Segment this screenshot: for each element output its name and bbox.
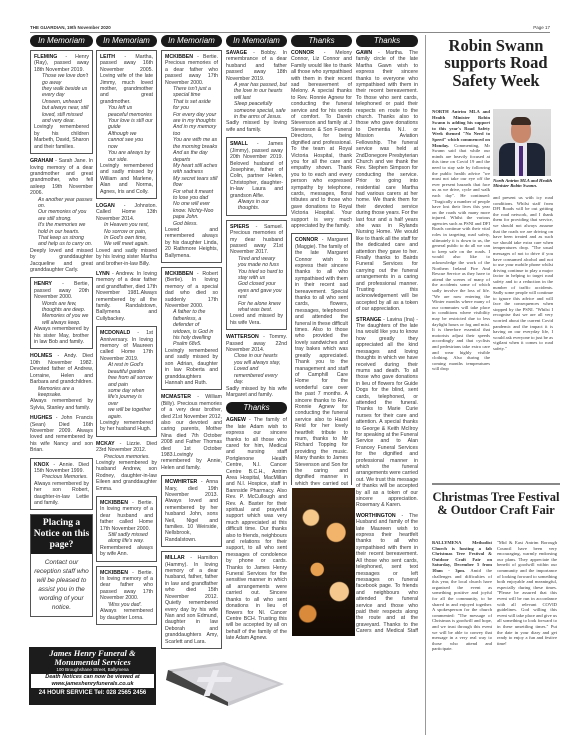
robin-swann-photo [493,109,551,176]
notice-verse-line: free from all sorrow and pain [100,375,153,388]
notice-mcmaster: MCMASTER - William (Billy). Precious mem… [161,394,222,471]
story-divider [432,483,560,485]
notice-verse-line: Loved and remembered every day. [226,366,287,385]
notice-verse-line: Tired and weary you made no fuss [230,256,283,269]
notice-name: MCKAY [96,441,115,447]
notice-tail: Lovingly remembered by his children Marb… [34,124,89,149]
notice-verse-line: they walk beside us every day [34,86,89,99]
notice-name: GRAHAM [30,158,53,164]
placing-notice-box: Placing a Notice on this page? Contact o… [30,514,93,617]
notice-verse-line: Our memories of you are still strong. [30,209,93,222]
notice-verse-line: In Heaven you rest, [96,222,157,228]
bible-cross-icon [162,662,286,707]
story2-body-right: "Mid & East Antrim Borough Council have … [497,540,557,646]
notice-tail: Always remembered by her son Robert, dau… [34,481,89,506]
story2-right-column: "Mid & East Antrim Borough Council have … [497,540,557,730]
notice-name: MCKIBBEN [100,500,128,506]
notice-leith: LEITH - Martha, passed away 16th Novembe… [96,50,157,199]
column-in-memoriam-2: In Memoriam LEITH - Martha, passed away … [96,35,157,645]
notice-name: MCKIBBEN [165,271,193,277]
notice-name: LOGAN [96,203,115,209]
notice-name: MCDONALD [100,330,130,336]
notice-name: CONNOR [295,237,318,243]
column-in-memoriam-3: In Memoriam MCKIBBEN - Bertie. Precious … [161,35,222,660]
story-body-right: and present us with icy road conditions.… [493,195,553,351]
notice-verse-line: You are always by our side. [100,150,153,163]
notice-name: CONNOR [291,50,314,56]
advert-title: James Henry Funeral & Monumental Service… [29,647,156,667]
notice-connor: CONNOR - Margaret (Maggie). The family o… [291,233,352,485]
notice-verse-line: At rest in God's beautiful garden [100,362,153,375]
notice-text: - Hamilton (Hammy). In loving memory of … [165,555,218,644]
notice-verse-line: A father to the fatherless, a defender o… [165,309,218,347]
notice-verse-line: Words are few, thoughts are deep. [34,301,89,314]
notice-tail: Always remembered by Sylvia, Stanley and… [30,398,93,410]
notice-name: SAVAGE [226,50,247,56]
story-christmas-fair: Christmas Tree Festival & Outdoor Craft … [432,491,560,517]
notice-connor: CONNOR - Melony Connor, Liz Connor and F… [291,50,352,229]
notice-name: STRANGE [356,317,381,323]
notice-verse-line: Memories are a keepsake. [30,386,93,399]
notice-verse-line: A year has passed, but the love in our h… [226,82,287,101]
notice-strange: STRANGE - Lavina (Ina) - The daughters o… [356,317,418,509]
notice-mckibben: MCKIBBEN - Bertie. In loving memory of a… [96,566,157,625]
story-right-column: and present us with icy road conditions.… [493,195,553,481]
notice-name: HUGHES [30,415,52,421]
notice-watterson: WATTERSON - Tommy. Passed away 22nd Nove… [226,334,287,398]
page-number: Page 17 [533,25,550,30]
notice-holmes: HOLMES - Andy. Died 10th November 1982. … [30,353,93,411]
notice-verse-line: No one will ever know. Nichty-Noo papa J… [165,201,218,220]
notice-text: - Melony Connor, Liz Connor and Family w… [291,50,352,229]
placing-notice-body: Contact our reception staff who will be … [31,554,92,616]
notice-tail: Sadly missed by loving wife and family. [226,120,287,132]
notice-name: MCMASTER [161,394,191,400]
notice-text: - James (Jimmy), passed away 20th Novemb… [230,141,283,198]
notice-logan: LOGAN - Johnston. Called Home 13th Novem… [96,203,157,267]
section-header: In Memoriam [30,35,93,47]
notice-knox: KNOX - Annie. Died 15th November 1999.Pr… [30,458,93,511]
notice-verse-line: My secret tears still flow [165,176,218,189]
candles-photo [292,488,355,636]
story2-left-column: BALLYMENA Methodist Church is hosting a … [432,540,492,730]
notice-name: KNOX [34,462,49,468]
notice-verse-line: Your love is still our guide [100,118,153,131]
notice-text: - William (Billy). Precious memories of … [161,394,222,458]
notice-mckibben: MCKIBBEN - Bertie. Precious memories of … [161,50,222,263]
notice-mckay: MCKAY - Lizzie. Died 23rd November 2012.… [96,441,157,492]
story-robin-swann: Robin Swann supports Road Safety Week [432,37,560,89]
notice-verse-line: You are with me as the morning breaks [165,137,218,150]
section-header: In Memoriam [226,35,287,47]
notice-gawn: GAWN - Martha. The family circle of the … [356,50,418,313]
column-rule [425,35,426,735]
notice-text: - Lavina (Ina) - The daughters of the la… [356,317,418,509]
notice-tail: Lovingly remembered by husband Andrew, s… [96,460,157,492]
column-thanks-2: Thanks GAWN - Martha. The family circle … [356,35,418,635]
notice-verse-line: As another year passes on. [30,197,93,210]
notice-tail: Loved and missed by his wife Vera. [230,313,283,325]
notice-tail: Lovingly remembered and sadly missed by … [165,348,218,386]
notice-verse-line: Sleep peacefully someone special, safe i… [226,101,287,120]
story-headline: Christmas Tree Festival & Outdoor Craft … [432,491,560,517]
notice-verse-line: For every day your are in my thoughts [165,112,218,125]
notice-verse-line: My heart still aches with sadness [165,163,218,176]
funeral-services-advert: James Henry Funeral & Monumental Service… [29,647,156,705]
notice-verse-line: For he alone knew what was best. [230,301,283,314]
notice-name: MILLAR [165,555,185,561]
notice-verse-line: That is set aside for you [165,99,218,112]
notice-tail: Lovingly remembered and sadly missed by … [100,163,153,195]
notice-verse-line: God closed your eyes and gave you rest [230,281,283,300]
column-in-memoriam-1: In Memoriam FLEMING - Henry (Ray), passe… [30,35,93,645]
section-header: In Memoriam [161,35,222,47]
notice-worthington: WORTHINGTON - The Husband and family of … [356,513,418,635]
section-header: In Memoriam [96,35,157,47]
notice-name: HOLMES [30,353,52,359]
notice-mckibben: MCKIBBEN - Robert (Bertie). In loving me… [161,267,222,390]
notice-tail: Loved and remembered always by his daugh… [165,227,218,259]
notice-lynn: LYNN - Andrew. In loving memory of a dea… [96,271,157,322]
notice-verse-line: Unseen, unheard but always near, still l… [34,99,89,125]
notice-name: FLEMING [34,54,57,60]
notice-mcdonald: MCDONALD - 1st Anniversary. In loving me… [96,326,157,437]
notice-tail: Lovingly remembered by her husband Hugh. [100,420,153,432]
notice-name: AGNEW [226,417,246,423]
notice-text: - Margaret (Maggie). The family of the l… [295,237,348,485]
notice-verse-line: It's the memories we hold in our hearts. [30,222,93,235]
notice-text: - Martha. The family circle of the late … [356,50,418,312]
notice-tail: Always remembered by daughter Lorna. [100,608,153,620]
notice-verse-line: we will be together again. [100,407,153,420]
notice-mckibben: MCKIBBEN - Bertie. In loving memory of a… [96,496,157,562]
notice-agnew: AGNEW - The family of the late Adam wish… [226,417,287,641]
notice-mcwhirter: MCWHIRTER - Anna Mary, died 19th Novembe… [161,475,222,547]
notice-text: - The Husband and family of the late Mau… [356,513,418,635]
paper-date: THE GUARDIAN, 19th November 2020 [30,25,111,30]
notice-fleming: FLEMING - Henry (Ray), passed away 18th … [30,50,93,154]
notice-henry: HENRY - Bertie, passed away 20th Novembe… [30,277,93,349]
notice-tail: Remembered always by wife Ann. [100,545,153,557]
column-thanks-1: Thanks CONNOR - Melony Connor, Liz Conno… [291,35,352,485]
notice-verse-line: For what it meant to lose you dad [165,189,218,202]
advert-website-notice[interactable]: Death Notices can now be viewed at www.j… [31,674,154,688]
advert-phone: 24 HOUR SERVICE Tel: 028 2565 2456 [29,689,156,697]
advert-address: 100 Broughshane Street, Ballymena [29,667,156,673]
notice-text: - The family of the late Adam wish to ex… [226,417,287,641]
notice-verse-line: Although we cannot see you now [100,131,153,150]
notice-text: - Robert (Bertie). In loving memory of a… [165,271,218,309]
notice-tail: Deeply loved and missed by granddaughter… [30,248,93,273]
notice-verse-line: You tried so hard to stay with us [230,269,283,282]
placing-notice-heading: Placing a Notice on this page? [31,515,92,554]
notice-name: LEITH [100,54,115,60]
notice-name: MCKIBBEN [165,54,193,60]
notice-tail: Loved and sadly missed by his loving sis… [96,248,157,267]
section-header-thanks: Thanks [291,35,352,47]
story-body-left: Commenting, Mr Swann said that while our… [432,143,490,372]
notice-verse-line: Close in our hearts you will always stay… [226,353,287,366]
story-left-column: NORTH Antrim MLA and Health Minister Rob… [432,109,490,481]
notice-name: MCWHIRTER [165,479,197,485]
notice-verse-line: Always in our thoughts. [230,199,283,212]
notice-text: - Sarah Jane. In loving memory of a dear… [30,158,93,196]
notice-name: SPIERS [230,224,249,230]
notice-name: WATTERSON [226,334,259,340]
story2-body-left: Amid the challenges and difficulties of … [432,568,492,651]
notice-verse-line: Still sadly missed along life's way. [100,532,153,545]
section-header-thanks: Thanks [356,35,418,47]
notice-name: SMALL [230,141,248,147]
photo-caption: North Antrim MLA and Health Minister Rob… [493,178,553,189]
notice-tail: Always remembered by his sister May, bro… [34,326,89,345]
notice-text: - Martha, passed away 16th November 2005… [100,54,153,105]
notice-verse-line: Those we love don't go away [34,73,89,86]
notice-verse-line: some day when life's journey is over [100,388,153,407]
notice-verse-line: And as the day departs [165,150,218,163]
notice-name: LYNN [96,271,110,277]
notice-graham: GRAHAM - Sarah Jane. In loving memory of… [30,158,93,273]
notice-text: - Anna Mary, died 19th November 2013. Al… [165,479,218,543]
masthead: THE GUARDIAN, 19th November 2020 Page 17 [30,25,550,33]
notice-text: - John Francis (Sean) Died 16th November… [30,415,93,453]
notice-name: MCKIBBEN [100,570,128,576]
notice-name: GAWN [356,50,372,56]
notice-verse-line: And in my memory too [165,124,218,137]
notice-verse-line: There isn't just a special time [165,86,218,99]
notice-name: WORTHINGTON [356,513,396,519]
notice-millar: MILLAR - Hamilton (Hammy). In loving mem… [161,551,222,649]
section-header-thanks: Thanks [226,402,287,414]
story-headline: Robin Swann supports Road Safety Week [432,37,560,89]
notice-hughes: HUGHES - John Francis (Sean) Died 16th N… [30,415,93,453]
notice-small: SMALL - James (Jimmy), passed away 20th … [226,137,287,215]
notice-verse-line: Memories of you we will always keep. [34,313,89,326]
notice-spiers: SPIERS - Samuel. Precious memories of my… [226,220,287,331]
notice-savage: SAVAGE - Bobby. In remembrance of a dear… [226,50,287,133]
notice-name: HENRY [34,281,52,287]
notice-verse-line: You left us peaceful memories [100,105,153,118]
notice-verse-line: That keep us strong and help us to carry… [30,235,93,248]
notice-tail: Sadly missed by his wife Margaret and fa… [226,386,287,398]
column-in-memoriam-4: In Memoriam SAVAGE - Bobby. In remembran… [226,35,287,660]
